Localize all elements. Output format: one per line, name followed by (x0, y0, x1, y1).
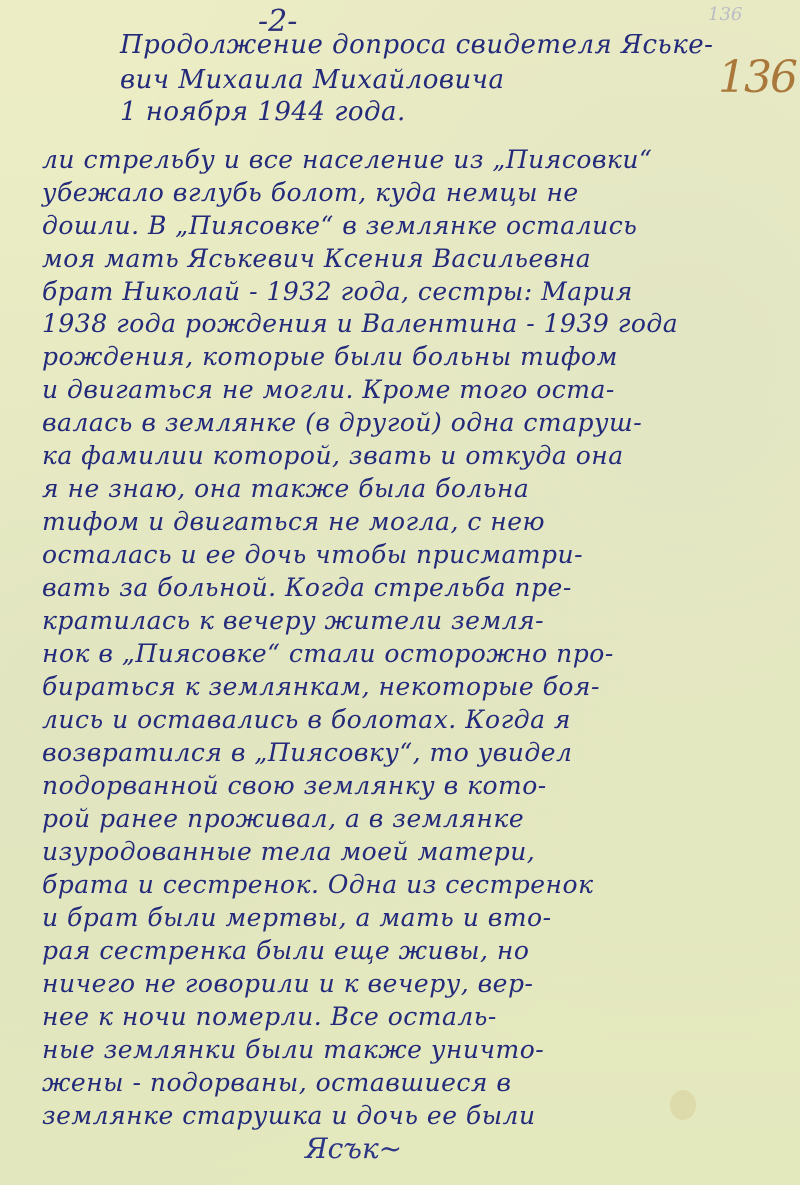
archive-number-pencil: 136 (708, 4, 742, 25)
body-line: брата и сестренок. Одна из сестренок (42, 870, 594, 899)
header-line: 1 ноября 1944 года. (120, 97, 406, 127)
body-line: ные землянки были также уничто- (42, 1035, 544, 1064)
body-line: нок в „Пиясовке“ стали осторожно про- (42, 639, 614, 668)
signature: Ясък~ (305, 1132, 402, 1165)
document-page: -2- 136 136 Продолжение допроса свидетел… (0, 0, 800, 1185)
body-line: ка фамилии которой, звать и откуда она (42, 441, 624, 470)
body-line: я не знаю, она также была больна (42, 474, 529, 503)
body-line: нее к ночи померли. Все осталь- (42, 1002, 497, 1031)
body-line: убежало вглубь болот, куда немцы не (42, 178, 579, 207)
body-line: изуродованные тела моей матери, (42, 837, 535, 866)
body-line: бираться к землянкам, некоторые боя- (42, 672, 600, 701)
header-line: Продолжение допроса свидетеля Яське- (120, 30, 713, 60)
body-line: ли стрельбу и все население из „Пиясовки… (42, 145, 652, 174)
body-line: кратилась к вечеру жители земля- (42, 606, 544, 635)
body-line: рождения, которые были больны тифом (42, 342, 618, 371)
body-line: возвратился в „Пиясовку“, то увидел (42, 738, 572, 767)
body-line: брат Николай - 1932 года, сестры: Мария (42, 277, 633, 306)
body-line: валась в землянке (в другой) одна старуш… (42, 408, 642, 437)
body-line: рая сестренка были еще живы, но (42, 936, 529, 965)
body-line: и двигаться не могли. Кроме того оста- (42, 375, 615, 404)
body-line: моя мать Яськевич Ксения Васильевна (42, 244, 591, 273)
body-line: жены - подорваны, оставшиеся в (42, 1068, 511, 1097)
body-line: и брат были мертвы, а мать и вто- (42, 903, 552, 932)
body-line: тифом и двигаться не могла, с нею (42, 507, 545, 536)
body-line: землянке старушка и дочь ее были (42, 1101, 536, 1130)
header-line: вич Михаила Михайловича (120, 65, 504, 95)
body-line: ничего не говорили и к вечеру, вер- (42, 969, 533, 998)
paper-stain (670, 1090, 696, 1120)
archive-number-ink: 136 (718, 52, 796, 103)
body-line: осталась и ее дочь чтобы присматри- (42, 540, 583, 569)
body-line: подорванной свою землянку в кото- (42, 771, 547, 800)
body-line: 1938 года рождения и Валентина - 1939 го… (42, 309, 678, 338)
body-line: дошли. В „Пиясовке“ в землянке остались (42, 211, 637, 240)
body-line: лись и оставались в болотах. Когда я (42, 705, 571, 734)
body-line: вать за больной. Когда стрельба пре- (42, 573, 572, 602)
body-line: рой ранее проживал, а в землянке (42, 804, 524, 833)
